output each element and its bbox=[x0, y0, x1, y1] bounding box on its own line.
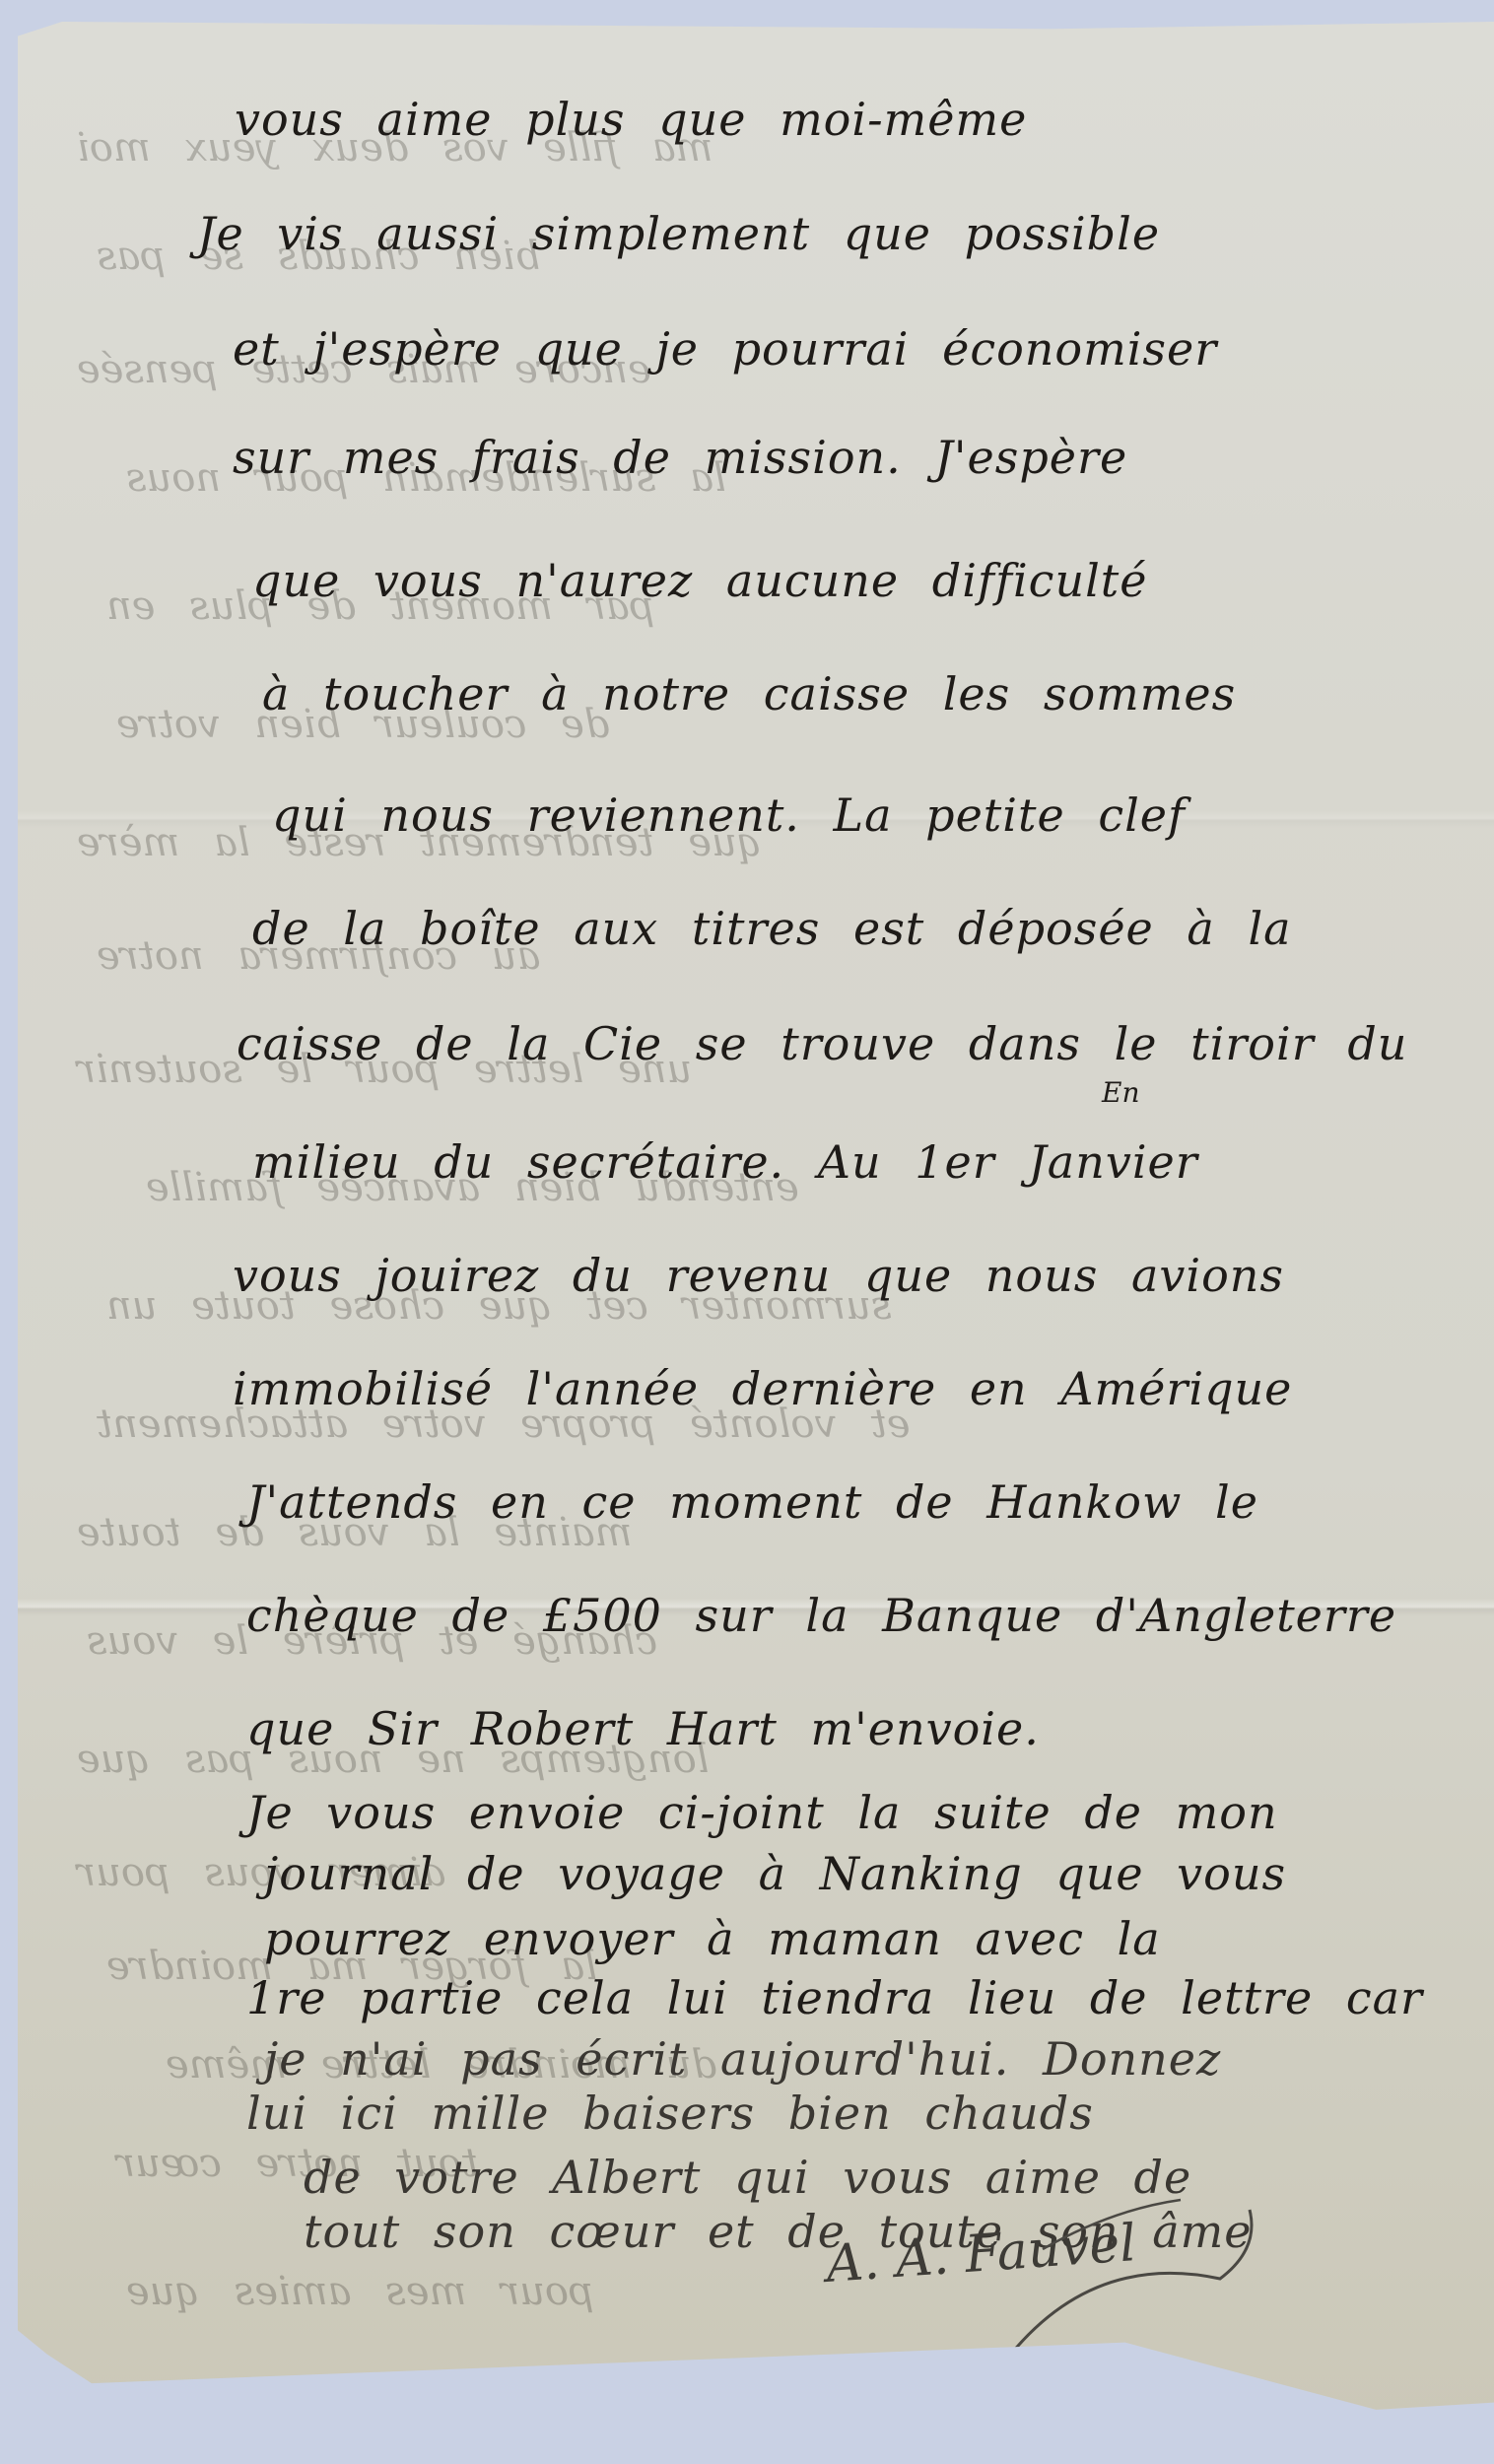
letter-line: pourrez envoyer à maman avec la bbox=[18, 1912, 1494, 1965]
letter-line: Je vis aussi simplement que possible bbox=[18, 207, 1494, 260]
letter-line: vous jouirez du revenu que nous avions bbox=[18, 1249, 1494, 1302]
letter-line: que vous n'aurez aucune difficulté bbox=[18, 554, 1494, 607]
letter-line: à toucher à notre caisse les sommes bbox=[18, 667, 1494, 720]
letter-line: caisse de la Cie se trouve dans le tiroi… bbox=[18, 1017, 1494, 1070]
letter-line: immobilisé l'année dernière en Amérique bbox=[18, 1362, 1494, 1415]
letter-line: de votre Albert qui vous aime de bbox=[18, 2151, 1494, 2204]
letter-line: et j'espère que je pourrai économiser bbox=[18, 322, 1494, 376]
letter-line: que Sir Robert Hart m'envoie. bbox=[18, 1702, 1494, 1755]
letter-line: journal de voyage à Nanking que vous bbox=[18, 1847, 1494, 1900]
letter-line: lui ici mille baisers bien chauds bbox=[18, 2087, 1494, 2140]
letter-line: vous aime plus que moi-même bbox=[18, 93, 1494, 146]
letter-line: de la boîte aux titres est déposée à la bbox=[18, 902, 1494, 955]
letter-page: ma fille vos deux yeux moi bien chauds s… bbox=[18, 22, 1494, 2427]
interlinear-insertion: En bbox=[1102, 1076, 1139, 1109]
letter-line: je n'ai pas écrit aujourd'hui. Donnez bbox=[18, 2032, 1494, 2086]
letter-line: 1re partie cela lui tiendra lieu de lett… bbox=[18, 1971, 1494, 2024]
letter-line: J'attends en ce moment de Hankow le bbox=[18, 1475, 1494, 1529]
letter-line: tout son cœur et de toute son âme bbox=[18, 2205, 1494, 2258]
letter-line: sur mes frais de mission. J'espère bbox=[18, 431, 1494, 484]
letter-line: qui nous reviennent. La petite clef bbox=[18, 788, 1494, 842]
letter-line: Je vous envoie ci-joint la suite de mon bbox=[18, 1786, 1494, 1839]
signature-flourish-icon bbox=[964, 2190, 1259, 2387]
letter-line: chèque de £500 sur la Banque d'Angleterr… bbox=[18, 1589, 1494, 1642]
letter-line: milieu du secrétaire. Au 1er Janvier bbox=[18, 1135, 1494, 1189]
bleed-through-text: pour mes amies que bbox=[126, 2269, 594, 2314]
